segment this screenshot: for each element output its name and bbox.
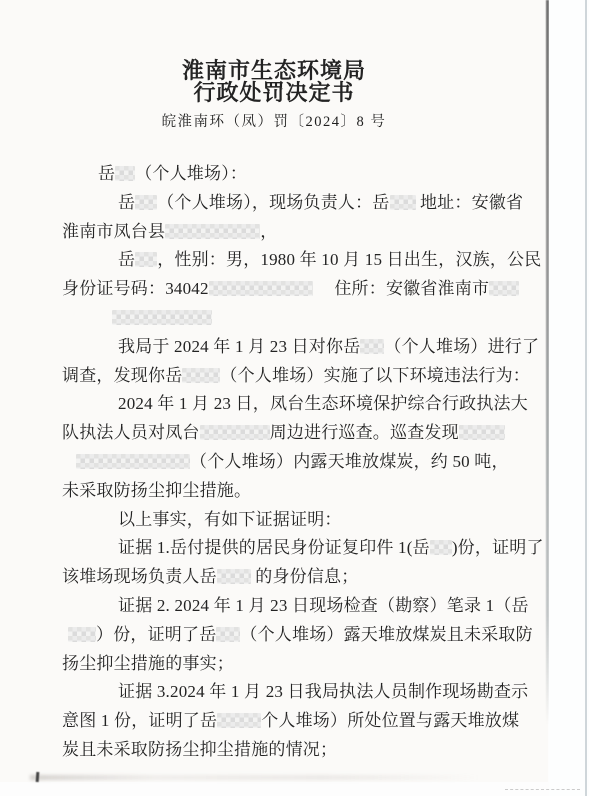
document-line: 未采取防扬尘抑尘措施。: [62, 477, 507, 506]
redaction-block: [217, 569, 251, 584]
document-line: 炭且未采取防扬尘抑尘措施的情况；: [62, 736, 507, 765]
text-segment: 以上事实，有如下证据证明：: [118, 510, 342, 529]
text-segment: 2024 年 1 月 23 日，凤台生态环境保护综合行政执法大: [118, 394, 528, 413]
text-segment: （个人堆场）：: [135, 164, 247, 183]
text-segment: 意图 1 份，证明了岳: [62, 711, 217, 730]
text-segment: 未采取防扬尘抑尘措施。: [62, 481, 251, 500]
document-line: 该堆场现场负责人岳 的身份信息；: [62, 563, 507, 592]
document-line: 证据 1.岳付提供的居民身份证复印件 1(岳)份，证明了: [62, 534, 507, 563]
text-segment: 证据 3.2024 年 1 月 23 日我局执法人员制作现场勘查示: [118, 682, 528, 701]
text-segment: 住所：安徽省淮南市: [313, 279, 489, 298]
page-bottom-shadow: [30, 775, 480, 780]
document-number: 皖淮南环（凤）罚〔2024〕8 号: [14, 114, 534, 130]
redaction-block: [115, 166, 135, 181]
text-segment: 队执法人员对凤台: [62, 423, 200, 442]
redaction-block: [112, 310, 212, 325]
text-segment: ，性别：男，1980 年 10 月 15 日出生，汉族，公民: [157, 250, 541, 269]
text-segment: 淮南市凤台县: [62, 222, 165, 241]
text-segment: 地址：安徽省: [416, 193, 524, 212]
redaction-block: [76, 454, 190, 469]
document-line: ）份，证明了岳（个人堆场）露天堆放煤炭且未采取防: [62, 621, 507, 650]
document-line: 扬尘抑尘措施的事实；: [62, 650, 507, 679]
document-line: 岳（个人堆场）：: [62, 160, 507, 189]
text-segment: 我局于 2024 年 1 月 23 日对你岳: [118, 337, 360, 356]
text-segment: （个人堆场），现场负责人：岳: [157, 193, 389, 212]
document-line: 队执法人员对凤台周边进行巡查。巡查发现: [62, 419, 507, 448]
text-segment: 调查，发现你岳: [62, 366, 182, 385]
document-line: 以上事实，有如下证据证明：: [62, 506, 507, 535]
document-body: 岳（个人堆场）：岳（个人堆场），现场负责人：岳 地址：安徽省淮南市凤台县，岳，性…: [62, 160, 507, 765]
document-title-line1: 淮南市生态环境局: [14, 60, 534, 82]
document-line: 淮南市凤台县，: [62, 218, 507, 247]
document-line: 意图 1 份，证明了岳个人堆场）所处位置与露天堆放煤: [62, 707, 507, 736]
text-segment: 扬尘抑尘措施的事实；: [62, 654, 234, 673]
redaction-block: [459, 425, 505, 440]
redaction-block: [200, 425, 270, 440]
redaction-block: [135, 252, 157, 267]
text-segment: （个人堆场）内露天堆放煤炭，约 50 吨，: [190, 452, 509, 471]
redaction-block: [68, 627, 96, 642]
document-line: [62, 304, 507, 333]
document-line: 2024 年 1 月 23 日，凤台生态环境保护综合行政执法大: [62, 390, 507, 419]
text-segment: 该堆场现场负责人岳: [62, 567, 217, 586]
document-line: 证据 3.2024 年 1 月 23 日我局执法人员制作现场勘查示: [62, 678, 507, 707]
text-segment: 身份证号码：34042: [62, 279, 209, 298]
text-segment: 个人堆场）所处位置与露天堆放煤: [261, 711, 519, 730]
text-segment: ，: [260, 222, 277, 241]
text-segment: ）份，证明了岳: [96, 625, 216, 644]
redaction-block: [430, 540, 452, 555]
redaction-block: [217, 713, 261, 728]
document-line: （个人堆场）内露天堆放煤炭，约 50 吨，: [62, 448, 507, 477]
document-title-line2: 行政处罚决定书: [14, 82, 534, 104]
text-segment: 证据 2. 2024 年 1 月 23 日现场检查（勘察）笔录 1（岳: [118, 596, 529, 615]
redaction-block: [216, 627, 240, 642]
document-page: 淮南市生态环境局 行政处罚决定书 皖淮南环（凤）罚〔2024〕8 号 岳（个人堆…: [0, 0, 548, 782]
text-segment: )份，证明了: [452, 538, 544, 557]
text-segment: 岳: [118, 193, 135, 212]
text-segment: 证据 1.岳付提供的居民身份证复印件 1(岳: [118, 538, 430, 557]
scanner-background-strip: [549, 0, 589, 796]
redaction-block: [390, 195, 416, 210]
redaction-block: [135, 195, 157, 210]
redaction-block: [209, 281, 313, 296]
text-segment: 炭且未采取防扬尘抑尘措施的情况；: [62, 740, 337, 759]
scanned-document: 淮南市生态环境局 行政处罚决定书 皖淮南环（凤）罚〔2024〕8 号 岳（个人堆…: [0, 0, 589, 796]
document-line: 证据 2. 2024 年 1 月 23 日现场检查（勘察）笔录 1（岳: [62, 592, 507, 621]
scan-right-border: [585, 0, 587, 796]
text-segment: 岳: [118, 250, 135, 269]
document-line: 身份证号码：34042 住所：安徽省淮南市: [62, 275, 507, 304]
text-segment: （个人堆场）露天堆放煤炭且未采取防: [240, 625, 532, 644]
redaction-block: [489, 281, 519, 296]
text-segment: 的身份信息；: [251, 567, 359, 586]
document-line: 岳，性别：男，1980 年 10 月 15 日出生，汉族，公民: [62, 246, 507, 275]
document-header: 淮南市生态环境局 行政处罚决定书 皖淮南环（凤）罚〔2024〕8 号: [14, 60, 534, 130]
redaction-block: [182, 368, 220, 383]
document-line: 我局于 2024 年 1 月 23 日对你岳（个人堆场）进行了: [62, 333, 507, 362]
redaction-block: [360, 339, 384, 354]
text-segment: 岳: [98, 164, 115, 183]
document-line: 岳（个人堆场），现场负责人：岳 地址：安徽省: [62, 189, 507, 218]
scan-artifact-dashes: [505, 789, 580, 790]
text-segment: 周边进行巡查。巡查发现: [270, 423, 459, 442]
document-line: 调查，发现你岳（个人堆场）实施了以下环境违法行为：: [62, 362, 507, 391]
redaction-block: [165, 224, 260, 239]
text-segment: （个人堆场）实施了以下环境违法行为：: [220, 366, 530, 385]
text-segment: （个人堆场）进行了: [384, 337, 539, 356]
